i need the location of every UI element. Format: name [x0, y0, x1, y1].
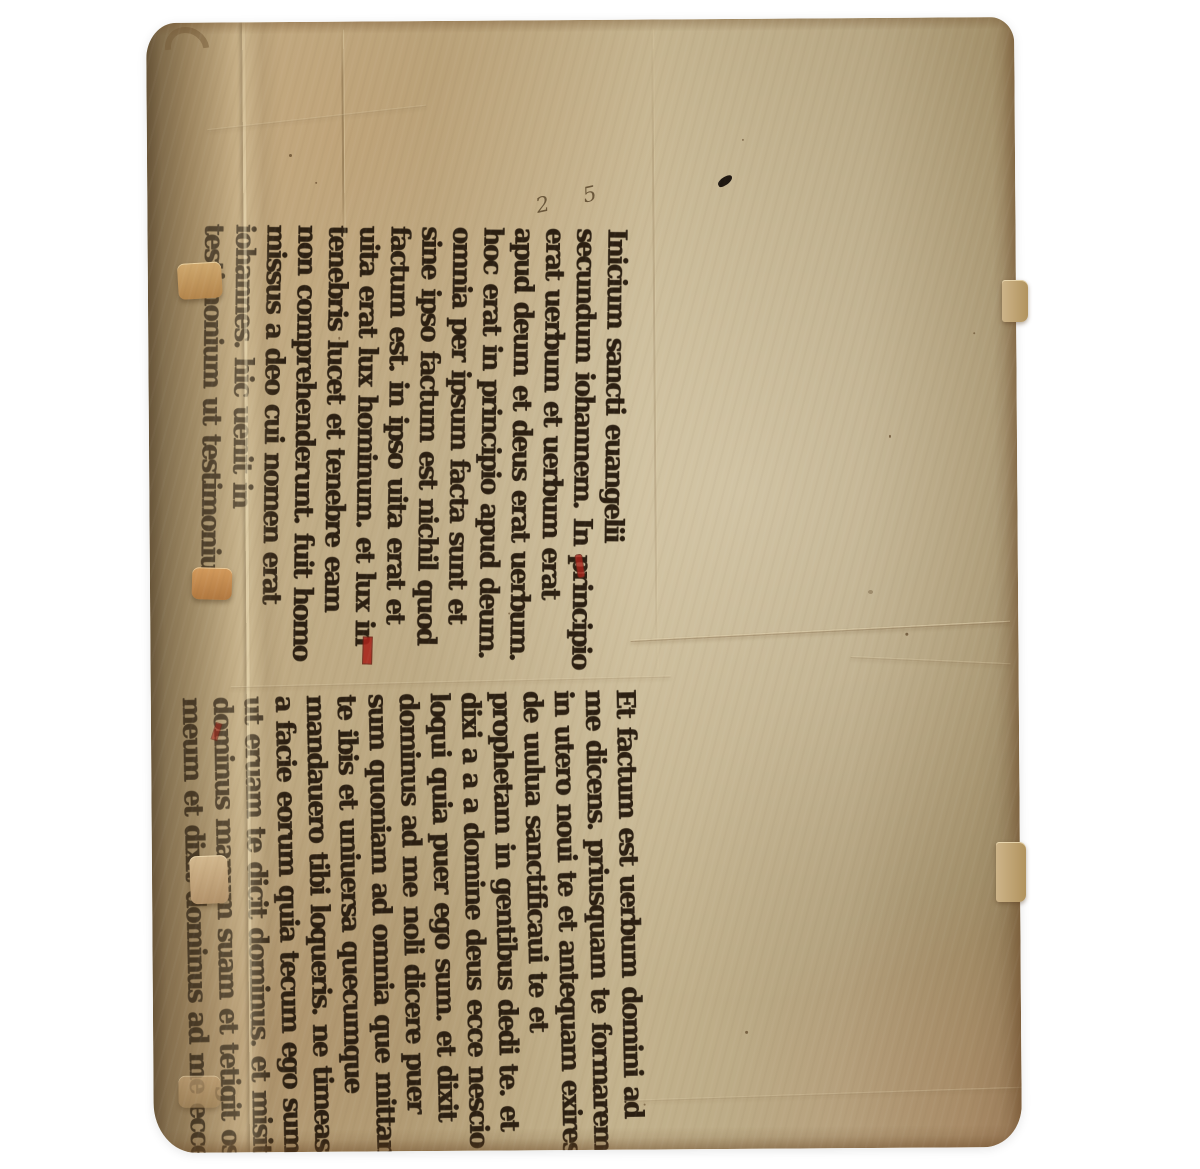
- speck: [868, 590, 873, 594]
- manuscript-text-lower: Et factum est uerbum domini ad me dicens…: [176, 689, 649, 1153]
- sewing-band-3: [189, 855, 229, 905]
- ink-fleck: [716, 174, 734, 189]
- crease-mid-vertical: [651, 30, 657, 670]
- sewing-band-1: [177, 261, 223, 300]
- manuscript-text-upper: Inicium sancti euangelii secundum iohann…: [190, 224, 631, 671]
- speck: [289, 154, 292, 157]
- parchment-curl: [156, 18, 218, 79]
- crease-column-gap: [231, 676, 671, 689]
- photograph: Inicium sancti euangelii secundum iohann…: [0, 0, 1200, 1169]
- crease-bottom: [624, 1087, 1022, 1102]
- speck: [905, 633, 908, 636]
- speck: [742, 139, 744, 141]
- crease-right-horizontal: [631, 621, 1011, 642]
- marginalia-pen-trials: 2 5: [534, 178, 613, 218]
- fore-edge-tie-lower: [996, 842, 1026, 902]
- speck: [745, 1031, 748, 1034]
- crease-topleft-diagonal: [207, 105, 426, 132]
- rubrication-mark-1: [362, 636, 373, 664]
- sewing-band-2: [192, 567, 233, 600]
- speck: [315, 182, 317, 184]
- book-cover: Inicium sancti euangelii secundum iohann…: [146, 17, 1022, 1153]
- fore-edge-tie-upper: [1002, 280, 1028, 322]
- crease-topleft-vertical: [341, 30, 344, 238]
- crease-right-small: [851, 656, 1011, 665]
- speck: [889, 435, 891, 438]
- speck: [973, 332, 975, 334]
- sewing-band-4: [178, 1076, 220, 1108]
